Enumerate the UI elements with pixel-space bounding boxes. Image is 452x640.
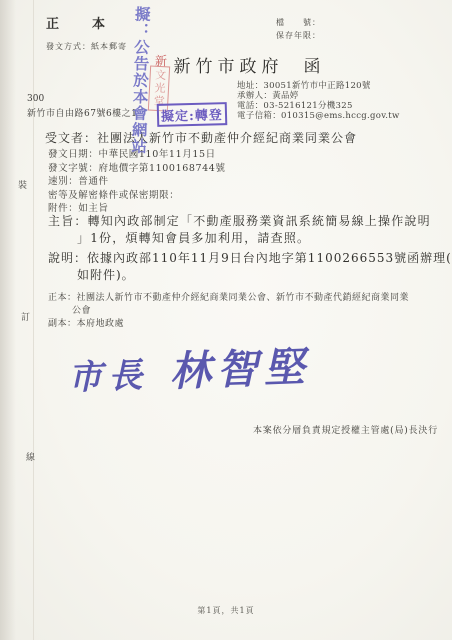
sender-address: 地址：30051新竹市中正路120號 (237, 81, 400, 91)
description-line-1: 說明：依據內政部110年11月9日台內地字第1100266553號函辦理( (48, 249, 452, 266)
mayor-signature: 市長 林智堅 (67, 334, 311, 401)
retention-label: 保存年限： (276, 29, 321, 42)
signature-name: 林智堅 (169, 343, 312, 396)
description-line-2: 如附件)。 (77, 266, 135, 283)
doc-number: 發文字號：府地價字第1100168744號 (48, 162, 226, 176)
authorization-note: 本案依分層負責規定授權主管處(局)長決行 (253, 423, 438, 436)
delivery-method: 發文方式：紙本郵寄 (46, 41, 127, 52)
carbon-copy-line: 副本：本府地政處 (48, 316, 124, 329)
margin-char-zhuang: 裝 (18, 178, 27, 191)
priority: 速別：普通件 (48, 175, 226, 189)
approval-stamp: 擬定:轉登 (157, 102, 227, 127)
original-recipients-line-1: 正本：社團法人新竹市不動產仲介經紀商業同業公會、新竹市不動產代銷經紀商業同業 (48, 290, 409, 303)
sender-phone: 電話：03-5216121分機325 (237, 101, 400, 111)
sender-email: 電子信箱：010315@ems.hccg.gov.tw (237, 111, 400, 121)
subject-line-2: 」1份，煩轉知會員多加利用，請查照。 (77, 229, 310, 246)
security-level: 密等及解密條件或保密期限： (48, 189, 226, 203)
page-footer: 第1頁，共1頁 (0, 605, 452, 616)
copy-type-label: 正 本 (46, 13, 115, 32)
org-name: 新竹市政府 (174, 52, 284, 77)
document-meta-block: 發文日期：中華民國110年11月15日 發文字號：府地價字第1100168744… (48, 148, 226, 216)
recipient-zip: 300 (27, 94, 44, 104)
file-number-label: 檔 號： (276, 16, 321, 29)
recipient-street: 新竹市自由路67號6樓之1 (27, 106, 137, 119)
original-recipients-line-2: 公會 (72, 303, 91, 316)
document-title: 新竹市政府 函 (0, 52, 452, 77)
recipient-line: 受文者：社團法人新竹市不動產仲介經紀商業同業公會 (45, 129, 357, 146)
scanned-official-letter: 正 本 發文方式：紙本郵寄 檔 號： 保存年限： 新竹市政府 函 地址：3005… (0, 0, 452, 640)
doc-kind: 函 (304, 52, 321, 77)
sender-contact-person: 承辦人：黃品婷 (237, 91, 400, 101)
file-number-block: 檔 號： 保存年限： (276, 16, 321, 42)
signature-title: 市長 (68, 355, 149, 398)
sender-contact-block: 地址：30051新竹市中正路120號 承辦人：黃品婷 電話：03-5216121… (237, 81, 400, 121)
margin-char-ding: 訂 (21, 310, 30, 323)
margin-char-xian: 線 (26, 450, 35, 463)
subject-line-1: 主旨：轉知內政部制定「不動產服務業資訊系統簡易線上操作說明 (48, 212, 431, 229)
